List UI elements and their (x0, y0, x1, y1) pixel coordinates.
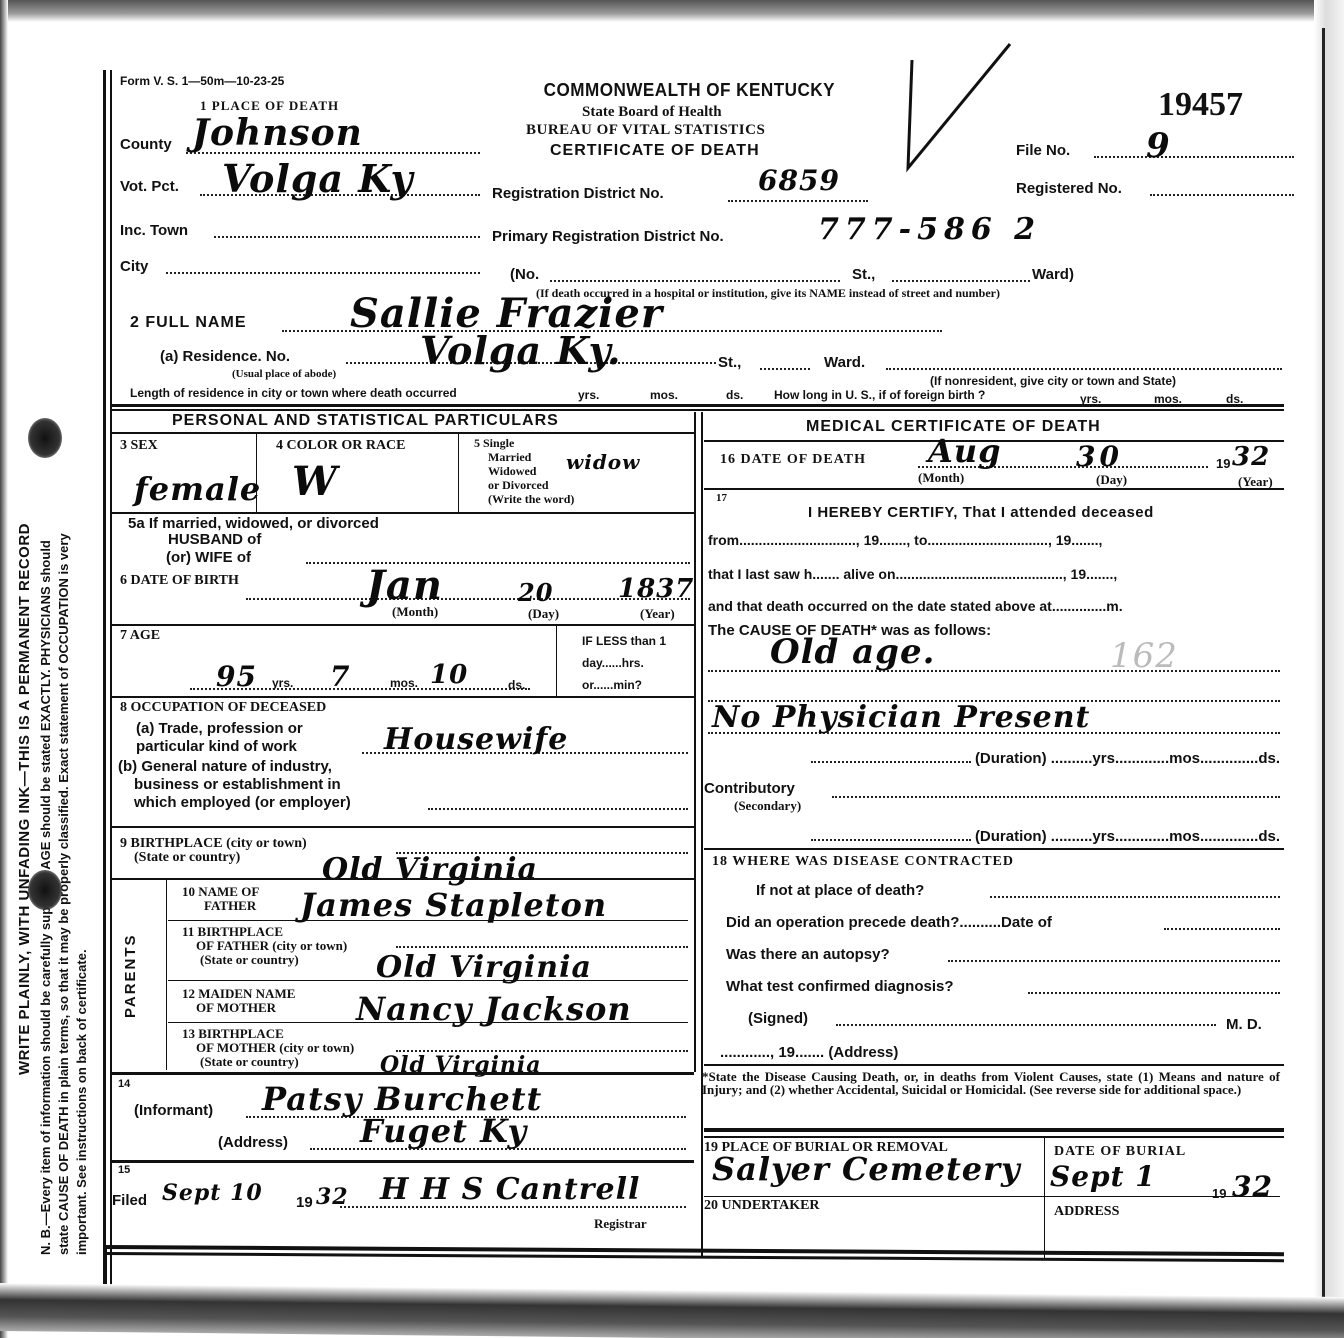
burial-place-value: Salyer Cemetery (712, 1150, 1021, 1188)
row-divider (704, 1128, 1284, 1132)
spouse-label-2: HUSBAND of (168, 531, 261, 548)
row-divider (112, 432, 694, 434)
test-field-line (1028, 992, 1280, 994)
attended-from-line: from.............................., 19..… (708, 532, 1102, 548)
dod-label: 16 DATE OF DEATH (720, 452, 866, 468)
burial-divider (1044, 1138, 1045, 1258)
age-yrs-label: yrs. (272, 676, 293, 690)
age-label: 7 AGE (120, 628, 160, 644)
residence-ward-line (886, 368, 1282, 370)
dob-month-caption: (Month) (392, 604, 438, 620)
duration-label: (Duration) ..........yrs.............mos… (975, 828, 1280, 845)
cell-divider (458, 434, 459, 512)
marital-label-divorced: or Divorced (488, 478, 549, 493)
parents-divider (166, 880, 167, 1070)
age-days: 10 (430, 660, 468, 690)
dod-month-caption: (Month) (918, 470, 964, 486)
street-no-field-line (550, 280, 840, 282)
spouse-label-1: 5a If married, widowed, or divorced (128, 515, 379, 532)
informant-number: 14 (118, 1078, 130, 1090)
cause-footnote: *State the Disease Causing Death, or, in… (702, 1070, 1280, 1096)
county-value: Johnson (192, 112, 363, 154)
row-divider (168, 1022, 688, 1023)
sex-label: 3 SEX (120, 438, 158, 454)
signed-label: (Signed) (748, 1010, 808, 1027)
section-divider (112, 409, 1284, 411)
cause-margin-note: 162 (1110, 636, 1178, 676)
occupation-b-label-1: (b) General nature of industry, (118, 758, 332, 775)
row-divider (168, 980, 688, 981)
dob-year: 1837 (618, 574, 694, 604)
residence-value: Volga Ky. (420, 328, 621, 373)
scan-bottom-edge (0, 1283, 1344, 1338)
street-st-label: St., (852, 266, 875, 283)
cell-divider (556, 626, 557, 696)
md-label: M. D. (1226, 1016, 1262, 1033)
scan-right-edge (1314, 0, 1344, 1338)
inc-town-label: Inc. Town (120, 222, 188, 239)
punch-hole (28, 418, 62, 458)
residence-ward-label: Ward. (824, 354, 865, 371)
test-label: What test confirmed diagnosis? (726, 978, 954, 995)
row-divider (704, 848, 1284, 850)
occupation-b-field-line (428, 808, 688, 810)
usual-place-caption: (Usual place of abode) (232, 368, 336, 380)
spouse-label-3: (or) WIFE of (166, 549, 251, 566)
occupation-b-label-2: business or establishment in (134, 776, 341, 793)
death-occurred-line: and that death occurred on the date stat… (708, 598, 1123, 614)
cause-value-primary: Old age. (770, 632, 935, 672)
signed-field-line (836, 1024, 1216, 1026)
county-label: County (120, 136, 172, 153)
occupation-b-label-3: which employed (or employer) (134, 794, 351, 811)
occupation-a-label-2: particular kind of work (136, 738, 297, 755)
birthplace-value: Old Virginia (322, 852, 538, 887)
foreign-birth-label: How long in U. S., if of foreign birth ? (774, 388, 985, 402)
last-saw-line: that I last saw h....... alive on.......… (708, 566, 1117, 582)
scan-top-edge (0, 0, 1344, 22)
file-no-label: File No. (1016, 142, 1070, 159)
father-bp-field-line (396, 946, 688, 948)
reg-district-value: 6859 (758, 164, 840, 197)
dob-day: 20 (518, 578, 553, 607)
dod-year-prefix: 19 (1216, 456, 1230, 471)
sex-value: female (134, 470, 261, 508)
mother-name-label-2: OF MOTHER (196, 1000, 276, 1016)
row-divider (112, 624, 694, 626)
dod-day: 30 (1076, 440, 1123, 473)
day-hrs-label: day......hrs. (582, 656, 644, 670)
row-divider (112, 878, 694, 880)
form-frame-corner (104, 1245, 107, 1287)
row-divider (704, 1136, 1284, 1138)
not-at-place-label: If not at place of death? (756, 882, 924, 899)
length-ds: ds. (726, 388, 743, 402)
filed-number: 15 (118, 1164, 130, 1176)
registrar-label: Registrar (594, 1216, 647, 1232)
registered-no-label: Registered No. (1016, 180, 1122, 197)
length-mos: mos. (650, 388, 678, 402)
undertaker-address-label: ADDRESS (1054, 1204, 1119, 1220)
certify-statement: I HEREBY CERTIFY, That I attended deceas… (808, 504, 1154, 521)
informant-label: (Informant) (134, 1102, 213, 1119)
street-no-label: (No. (510, 266, 539, 283)
page-right-border (1322, 28, 1325, 1298)
dob-label: 6 DATE OF BIRTH (120, 573, 239, 589)
age-months: 7 (330, 660, 350, 693)
registrar-signature: H H S Cantrell (380, 1172, 640, 1207)
father-bp-label-3: (State or country) (200, 952, 299, 968)
secondary-label: (Secondary) (734, 798, 801, 814)
not-at-place-field-line (990, 896, 1280, 898)
row-divider (112, 696, 694, 698)
personal-section-title: PERSONAL AND STATISTICAL PARTICULARS (172, 412, 559, 430)
state-title: COMMONWEALTH OF KENTUCKY (544, 80, 835, 101)
operation-label: Did an operation precede death?.........… (726, 914, 1052, 931)
filed-date: Sept 10 (162, 1180, 263, 1206)
bureau-title: BUREAU OF VITAL STATISTICS (526, 122, 765, 139)
cause-value-secondary: No Physician Present (712, 700, 1090, 735)
row-divider (704, 1196, 1280, 1197)
row-divider (112, 826, 694, 828)
dob-month: Jan (366, 562, 443, 609)
dob-day-caption: (Day) (528, 606, 559, 622)
filed-year-prefix: 19 (296, 1194, 313, 1211)
age-years: 95 (216, 660, 257, 693)
stamp-number: 19457 (1158, 86, 1243, 124)
undertaker-label: 20 UNDERTAKER (704, 1198, 820, 1214)
ward-field-line (892, 280, 1030, 282)
registered-no-field-line (1150, 194, 1294, 196)
father-name-label-2: FATHER (204, 898, 256, 914)
duration-label: (Duration) ..........yrs.............mos… (975, 750, 1280, 767)
contributory-label: Contributory (704, 780, 795, 797)
residence-st-label: St., (718, 354, 741, 371)
contributory-field-line (832, 796, 1280, 798)
scan-left-edge (0, 0, 8, 1338)
full-name-label: 2 FULL NAME (130, 314, 246, 332)
form-frame-left (103, 70, 106, 1285)
age-ds-label: ds. (508, 678, 525, 692)
dob-year-caption: (Year) (640, 606, 675, 622)
or-min-label: or......min? (582, 678, 642, 692)
dod-month: Aug (928, 432, 1001, 470)
row-divider (704, 1064, 1284, 1066)
nonresident-note: (If nonresident, give city or town and S… (930, 374, 1176, 388)
autopsy-field-line (948, 960, 1280, 962)
marital-label-widowed: Widowed (488, 464, 536, 479)
occupation-a-label-1: (a) Trade, profession or (136, 720, 303, 737)
informant-address-label: (Address) (218, 1134, 288, 1151)
length-residence-label: Length of residence in city or town wher… (130, 386, 457, 400)
physician-address-line: ............, 19....... (Address) (720, 1044, 898, 1061)
margin-instructions: WRITE PLAINLY, WITH UNFADING INK—THIS IS… (8, 105, 108, 1255)
board-title: State Board of Health (582, 104, 722, 121)
row-divider (168, 920, 688, 921)
occupation-a-value: Housewife (384, 722, 568, 757)
duration-line-1: (Duration) ..........yrs.............mos… (708, 750, 1280, 767)
row-divider (112, 1160, 694, 1163)
length-yrs: yrs. (578, 388, 599, 402)
burial-date-value: Sept 1 (1050, 1160, 1156, 1193)
dod-year: 32 (1232, 442, 1270, 472)
certificate-title: CERTIFICATE OF DEATH (550, 142, 760, 160)
margin-note-3: important. See instructions on back of c… (74, 949, 89, 1255)
birthplace-label-2: (State or country) (134, 850, 240, 866)
column-divider (701, 412, 703, 1258)
parents-side-label: PARENTS (122, 933, 139, 1018)
filed-label: Filed (112, 1192, 147, 1209)
marital-label-married: Married (488, 450, 531, 465)
form-frame-left-inner (110, 70, 112, 1285)
check-mark-icon (900, 40, 1020, 190)
margin-warning: WRITE PLAINLY, WITH UNFADING INK—THIS IS… (16, 523, 33, 1075)
burial-year-value: 32 (1232, 1170, 1273, 1203)
cell-divider (256, 434, 257, 512)
city-field-line (166, 272, 480, 274)
row-divider (112, 512, 694, 514)
primary-reg-value: 777-586 2 (818, 212, 1041, 247)
marital-caption: (Write the word) (488, 492, 574, 507)
residence-label: (a) Residence. No. (160, 348, 290, 365)
race-value: W (292, 458, 338, 505)
column-divider (694, 412, 696, 1072)
city-label: City (120, 258, 148, 275)
duration-line-2: (Duration) ..........yrs.............mos… (708, 828, 1280, 845)
age-mos-label: mos. (390, 676, 418, 690)
race-label: 4 COLOR OR RACE (276, 438, 406, 454)
disease-contracted-label: 18 WHERE WAS DISEASE CONTRACTED (712, 854, 1014, 870)
marital-value: widow (566, 450, 640, 474)
operation-date-field-line (1164, 928, 1280, 930)
form-id: Form V. S. 1—50m—10-23-25 (120, 74, 284, 88)
primary-reg-label: Primary Registration District No. (492, 228, 724, 245)
row-divider (112, 1072, 694, 1075)
spouse-field-line (306, 562, 690, 564)
mother-bp-label-3: (State or country) (200, 1054, 299, 1070)
vot-pct-value: Volga Ky (222, 156, 414, 201)
ward-label: Ward) (1032, 266, 1074, 283)
burial-year-prefix: 19 (1212, 1186, 1226, 1201)
reg-district-field-line (728, 200, 868, 202)
item-17-number: 17 (716, 492, 727, 504)
father-name-value: James Stapleton (300, 886, 607, 924)
reg-district-label: Registration District No. (492, 185, 664, 202)
inc-town-field-line (214, 236, 480, 238)
informant-address-value: Fuget Ky (360, 1112, 527, 1150)
less-than-1-label: IF LESS than 1 (582, 634, 666, 648)
autopsy-label: Was there an autopsy? (726, 946, 890, 963)
occupation-label: 8 OCCUPATION OF DECEASED (120, 700, 326, 716)
file-no-field-line (1094, 156, 1294, 158)
punch-hole (28, 870, 62, 910)
burial-date-label: DATE OF BURIAL (1054, 1144, 1186, 1160)
file-no-value: 9 (1146, 126, 1171, 166)
section-divider (112, 404, 1284, 407)
row-divider (704, 488, 1284, 490)
residence-st-line (760, 368, 810, 370)
vot-pct-label: Vot. Pct. (120, 178, 179, 195)
dod-day-caption: (Day) (1096, 472, 1127, 488)
marital-label-single: 5 Single (474, 436, 514, 451)
